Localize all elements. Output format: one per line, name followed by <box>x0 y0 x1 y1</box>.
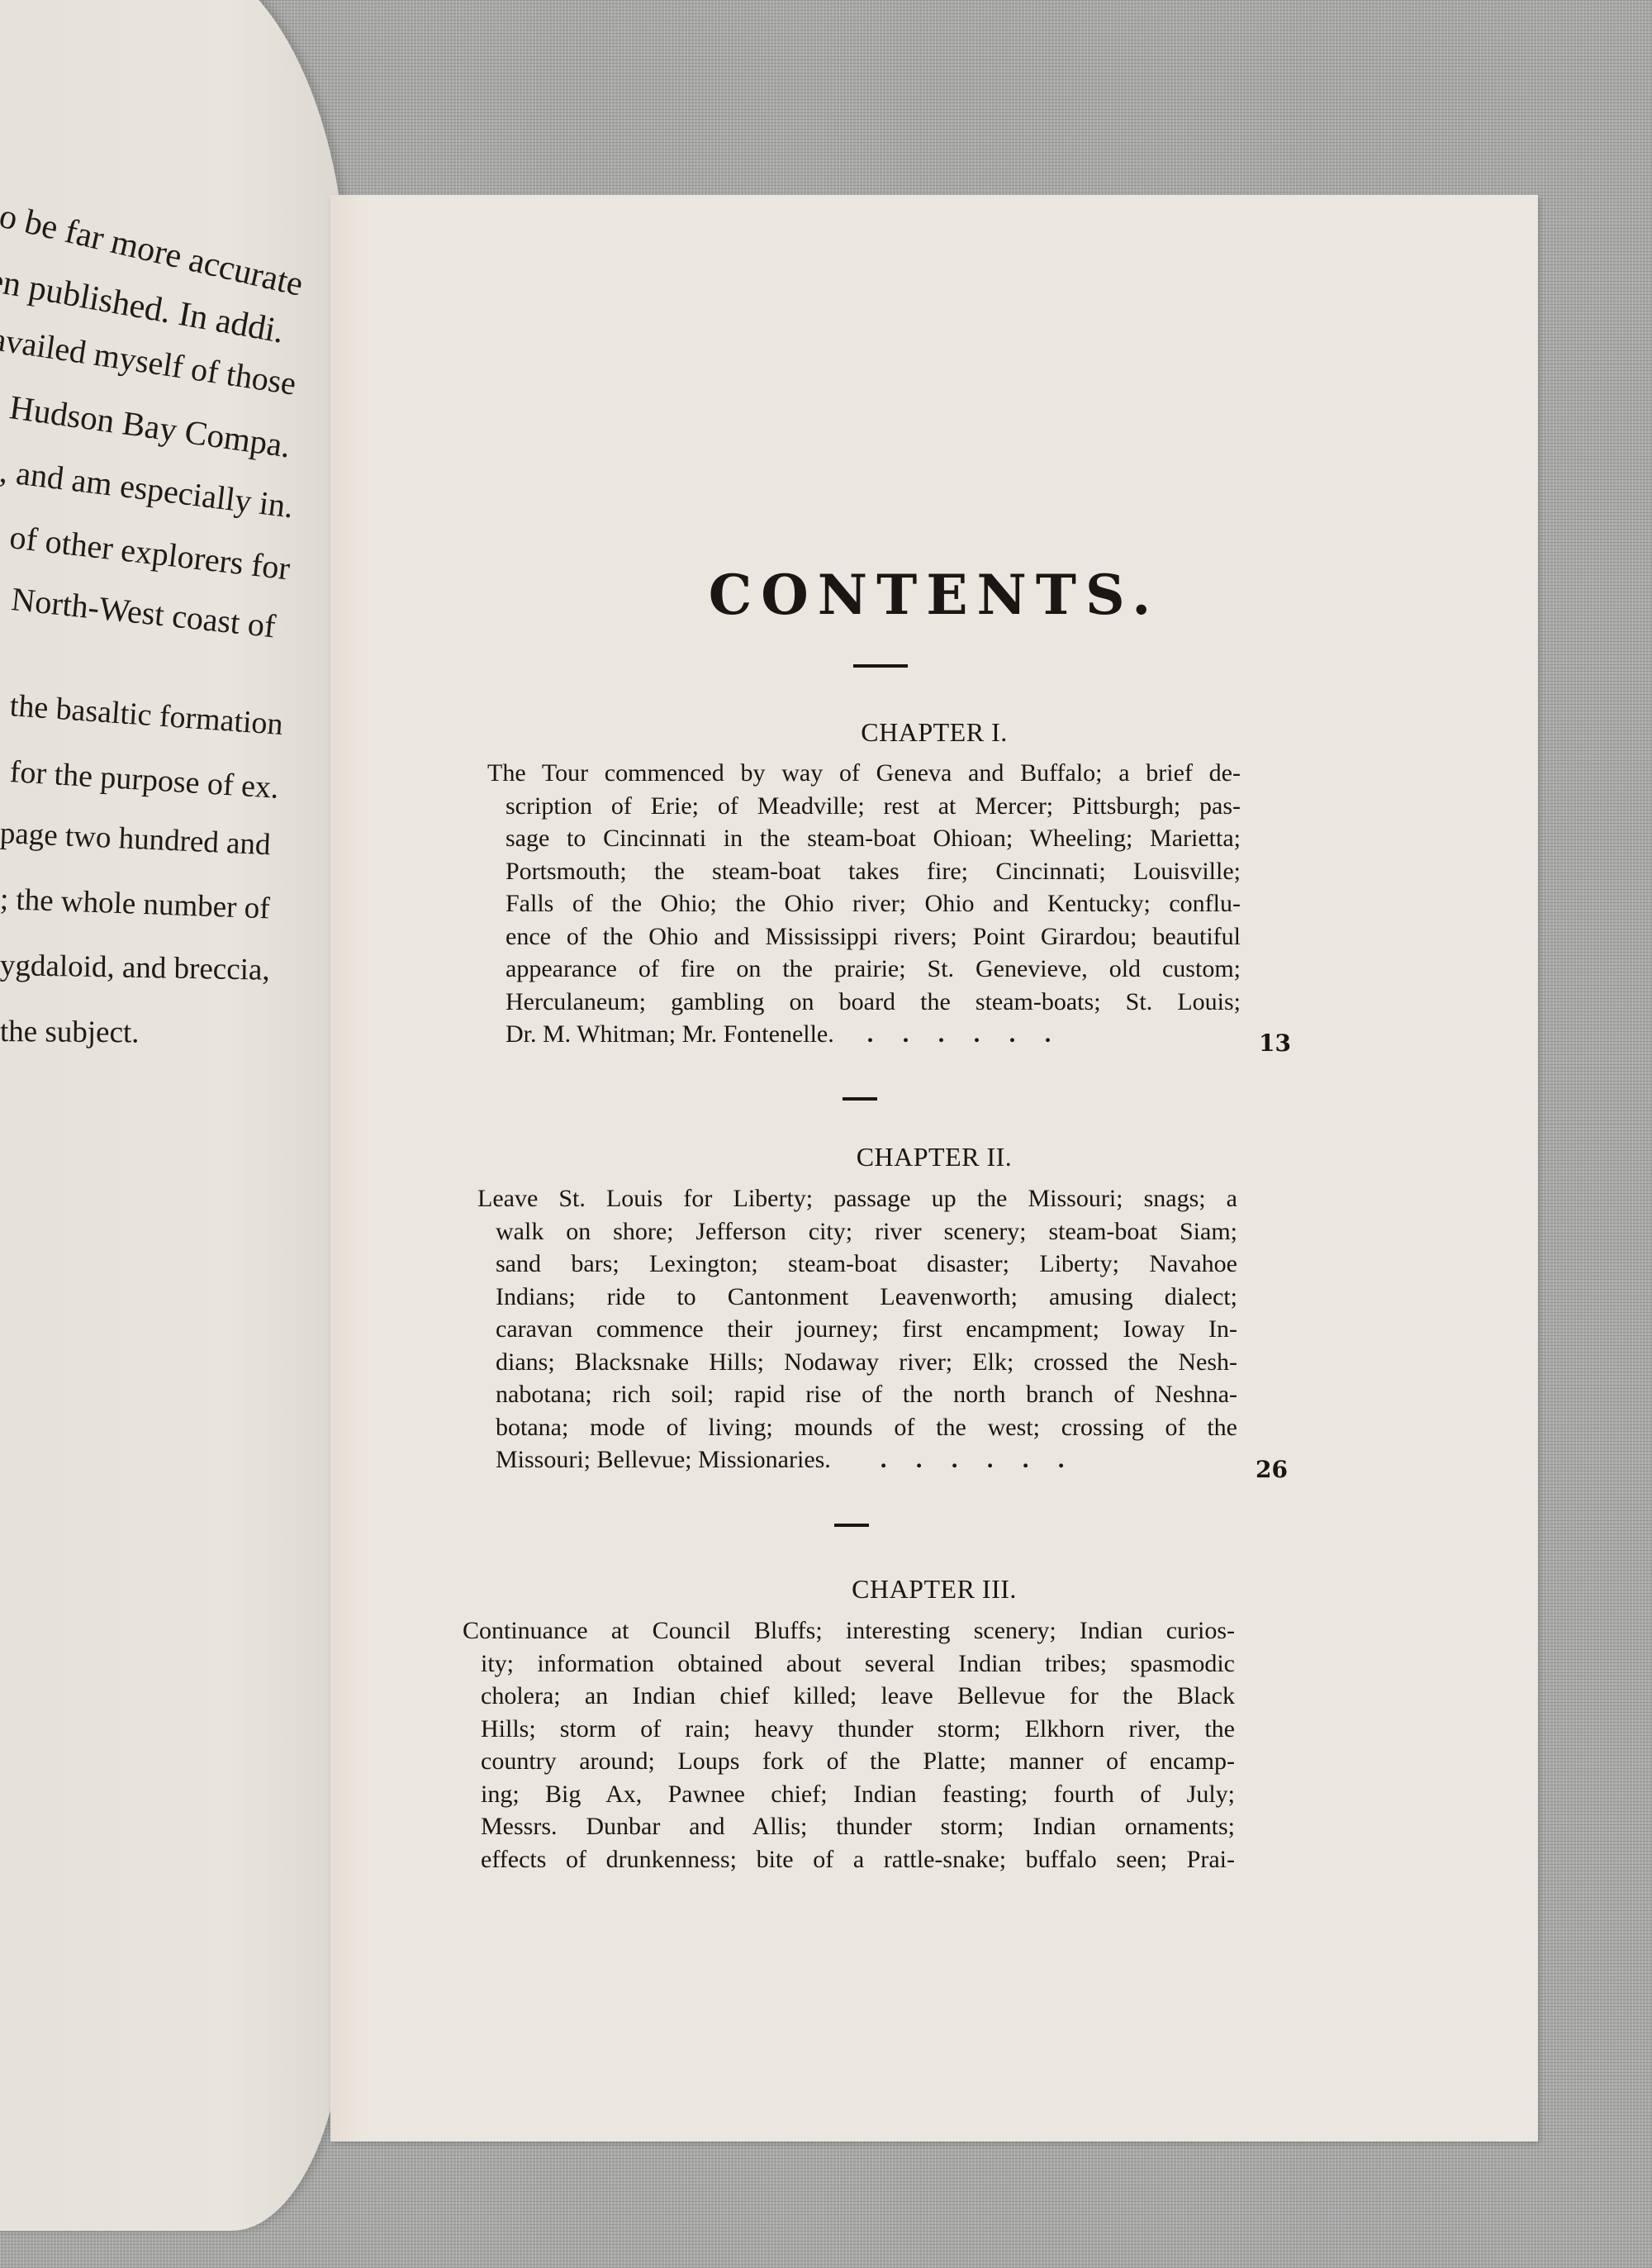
summary-line: effects of drunkenness; bite of a rattle… <box>463 1843 1235 1876</box>
chapter-heading: CHAPTER II. <box>330 1142 1538 1172</box>
summary-line: walk on shore; Jefferson city; river sce… <box>477 1215 1237 1248</box>
left-line: page two hundred and <box>0 818 271 860</box>
summary-line: nabotana; rich soil; rapid rise of the n… <box>477 1378 1237 1411</box>
chapter-heading: CHAPTER I. <box>330 717 1538 748</box>
summary-line: ing; Big Ax, Pawnee chief; Indian feasti… <box>463 1778 1235 1811</box>
summary-line: cholera; an Indian chief killed; leave B… <box>463 1680 1235 1713</box>
summary-line: The Tour commenced by way of Geneva and … <box>487 757 1241 790</box>
summary-line: Hills; storm of rain; heavy thunder stor… <box>463 1713 1235 1746</box>
chapter-summary: The Tour commenced by way of Geneva and … <box>487 757 1241 1051</box>
left-line: of other explorers for <box>8 521 292 585</box>
title-rule <box>853 664 908 668</box>
summary-line-last: Missouri; Bellevue; Missionaries. <box>496 1446 831 1473</box>
summary-line: caravan commence their journey; first en… <box>477 1313 1237 1346</box>
left-line: , and am especially in. <box>0 454 295 523</box>
summary-line: Continuance at Council Bluffs; interesti… <box>463 1614 1235 1648</box>
left-line: ygdaloid, and breccia, <box>0 950 270 986</box>
summary-line: scription of Erie; of Meadville; rest at… <box>487 790 1241 823</box>
summary-line-last: Dr. M. Whitman; Mr. Fontenelle. <box>506 1020 834 1048</box>
left-line: for the purpose of ex. <box>9 756 280 804</box>
chapter-rule <box>834 1524 869 1527</box>
left-line: North-West coast of <box>10 582 278 643</box>
summary-line: sand bars; Lexington; steam-boat disaste… <box>477 1248 1237 1281</box>
summary-line: Falls of the Ohio; the Ohio river; Ohio … <box>487 887 1241 920</box>
chapter-summary: Leave St. Louis for Liberty; passage up … <box>477 1182 1237 1476</box>
summary-line: Dr. M. Whitman; Mr. Fontenelle.. . . . .… <box>487 1018 1241 1051</box>
contents-page: CONTENTS. CHAPTER I. The Tour commenced … <box>330 195 1538 2142</box>
summary-line: Messrs. Dunbar and Allis; thunder storm;… <box>463 1810 1235 1843</box>
summary-line: sage to Cincinnati in the steam-boat Ohi… <box>487 822 1241 855</box>
chapter-summary: Continuance at Council Bluffs; interesti… <box>463 1614 1235 1876</box>
chapter-rule <box>843 1097 877 1101</box>
chapter-heading: CHAPTER III. <box>330 1574 1538 1605</box>
summary-line: dians; Blacksnake Hills; Nodaway river; … <box>477 1346 1237 1379</box>
dot-leader: . . . . . . <box>881 1443 1076 1476</box>
left-line: ; the whole number of <box>0 884 270 924</box>
page-number[interactable]: 26 <box>1256 1456 1288 1483</box>
left-page: o be far more accurate en published. In … <box>0 0 347 2231</box>
summary-line: Missouri; Bellevue; Missionaries.. . . .… <box>477 1443 1237 1476</box>
left-line: the basaltic formation <box>9 690 284 740</box>
summary-line: ence of the Ohio and Mississippi rivers;… <box>487 920 1241 953</box>
page-title: CONTENTS. <box>330 563 1538 627</box>
left-line: Hudson Bay Compa. <box>7 390 292 463</box>
summary-line: Herculaneum; gambling on board the steam… <box>487 986 1241 1019</box>
summary-line: ity; information obtained about several … <box>463 1648 1235 1681</box>
summary-line: Leave St. Louis for Liberty; passage up … <box>477 1182 1237 1215</box>
summary-line: Portsmouth; the steam-boat takes fire; C… <box>487 855 1241 888</box>
summary-line: appearance of fire on the prairie; St. G… <box>487 953 1241 986</box>
left-line: the subject. <box>0 1016 140 1048</box>
dot-leader: . . . . . . <box>867 1018 1063 1051</box>
page-number[interactable]: 13 <box>1259 1029 1291 1057</box>
summary-line: Indians; ride to Cantonment Leavenworth;… <box>477 1281 1237 1314</box>
summary-line: country around; Loups fork of the Platte… <box>463 1745 1235 1778</box>
summary-line: botana; mode of living; mounds of the we… <box>477 1411 1237 1444</box>
